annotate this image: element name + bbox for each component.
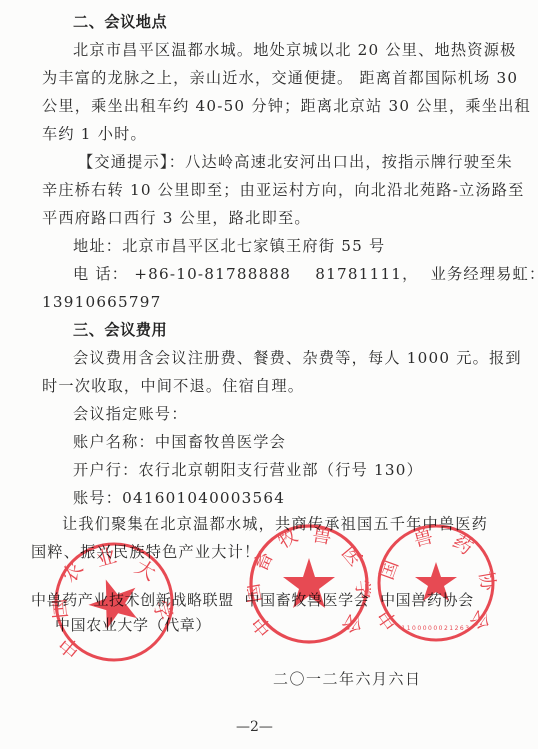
account-number: 账号：041601040003564 (73, 488, 527, 508)
venue-address: 地址：北京市昌平区北七家镇王府街 55 号 (73, 236, 527, 256)
page-number: —2— (236, 718, 273, 736)
svg-text:中: 中 (248, 612, 277, 641)
svg-text:药: 药 (448, 531, 476, 560)
svg-text:学: 学 (351, 579, 371, 600)
svg-text:学: 学 (149, 597, 176, 623)
svg-text:中: 中 (375, 605, 403, 633)
seal-china-agricultural-university: 中 国 农 业 大 学 (52, 540, 176, 664)
svg-text:业: 业 (93, 543, 119, 571)
document-page: 二、会议地点 北京市昌平区温都水城。地处京城以北 20 公里、地热资源极 为丰富… (0, 0, 538, 749)
fee-line: 会议费用含会议注册费、餐费、杂费等，每人 1000 元。报到 (73, 348, 496, 368)
svg-text:兽: 兽 (311, 524, 334, 549)
venue-paragraph-line: 为丰富的龙脉之上，亲山近水，交通便捷。 距离首都国际机场 30 (42, 68, 496, 88)
section-heading-fees: 三、会议费用 (73, 320, 527, 340)
svg-text:农: 农 (57, 557, 88, 587)
venue-phone: 电 话： +86-10-81788888 81781111， 业务经理易虹： (73, 264, 496, 284)
venue-mobile: 13910665797 (42, 292, 496, 312)
traffic-tip-line: 辛庄桥右转 10 公里即至；由亚运村方向，向北沿北苑路-立汤路至 (42, 180, 496, 200)
seal-china-veterinary-drug-association: 中 国 兽 药 协 会 1100000021263 (375, 520, 497, 646)
seal-chinese-association-animal-science-veterinary: 中 国 畜 牧 兽 医 学 会 (247, 522, 371, 646)
traffic-tip-line: 平西府路口西行 3 公里，路北即至。 (42, 208, 496, 228)
fee-line: 时一次收取，中间不退。住宿自理。 (42, 376, 496, 396)
traffic-tip-line: 【交通提示】：八达岭高速北安河出口出，按指示牌行驶至朱 (78, 152, 486, 172)
bank-name: 开户行：农行北京朝阳支行营业部（行号 130） (73, 460, 527, 480)
svg-text:牧: 牧 (274, 525, 301, 554)
svg-text:大: 大 (131, 555, 160, 586)
svg-text:1100000021263: 1100000021263 (401, 625, 470, 632)
svg-text:国: 国 (247, 582, 267, 605)
document-date: 二〇一二年六月六日 (273, 669, 422, 689)
account-label: 会议指定账号： (73, 404, 527, 424)
venue-paragraph-line: 北京市昌平区温都水城。地处京城以北 20 公里、地热资源极 (73, 40, 496, 60)
svg-text:国: 国 (52, 598, 72, 620)
section-heading-venue: 二、会议地点 (73, 12, 527, 32)
svg-text:医: 医 (337, 542, 366, 571)
venue-paragraph-line: 车约 1 小时。 (42, 124, 496, 144)
venue-paragraph-line: 公里，乘坐出租车约 40-50 分钟；距离北京站 30 公里，乘坐出租 (42, 96, 496, 116)
svg-text:中: 中 (54, 632, 85, 663)
svg-text:兽: 兽 (411, 525, 435, 551)
account-name: 账户名称：中国畜牧兽医学会 (73, 432, 527, 452)
